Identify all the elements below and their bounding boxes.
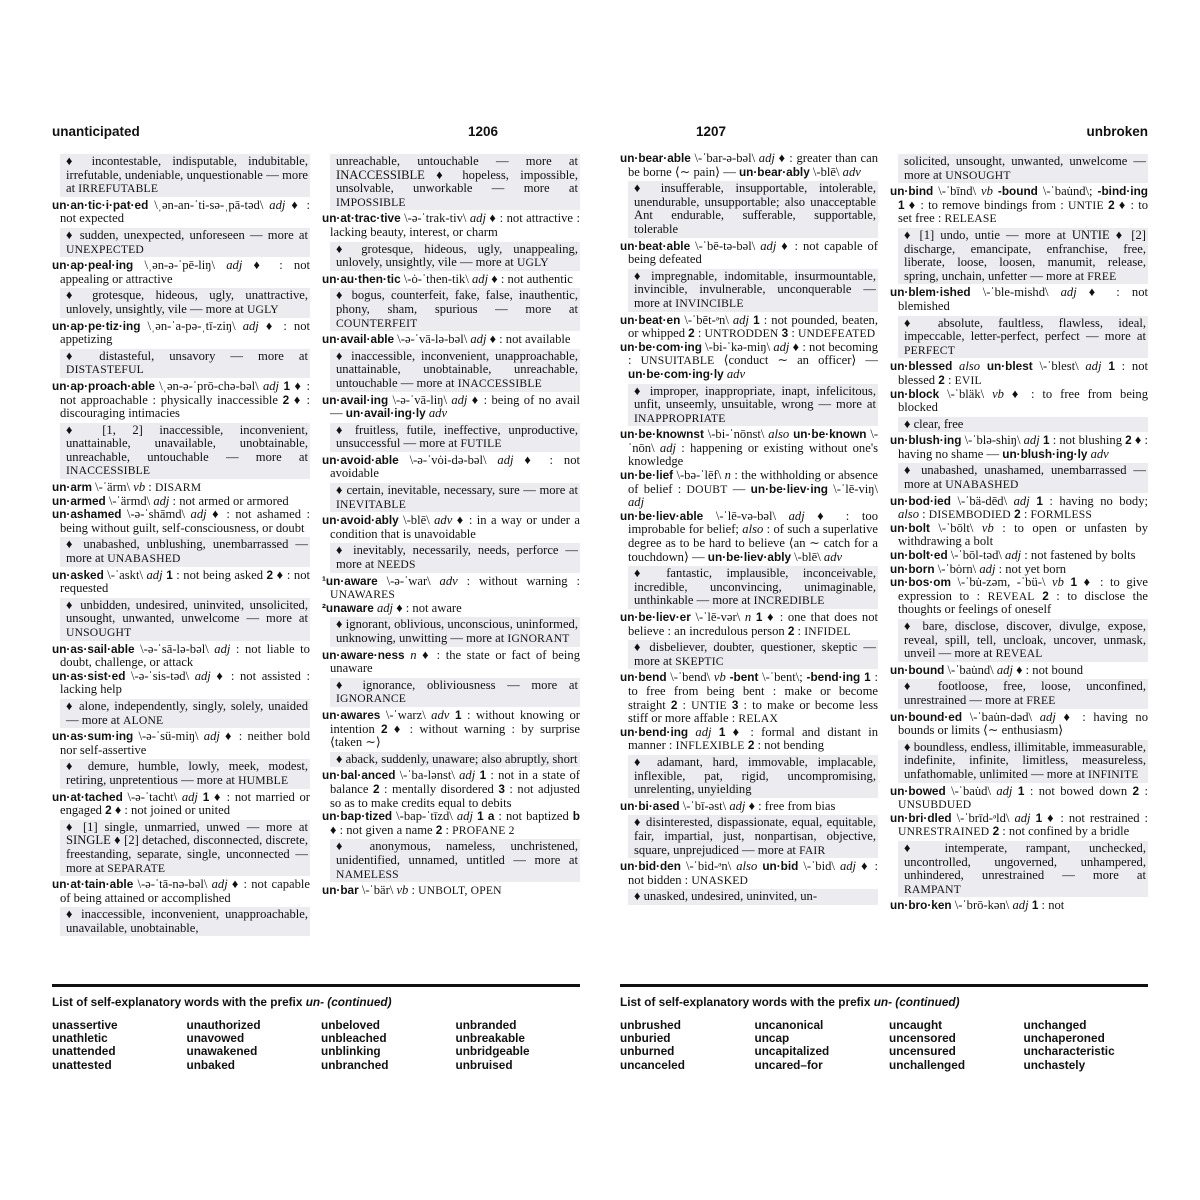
dictionary-entry: un·be·liev·er \-ˈlē-vər\ n 1 ♦ : one tha… (620, 611, 878, 638)
entry-text: \-ˈblə-shiŋ\ (961, 433, 1023, 447)
entry-text: adj (773, 340, 789, 354)
dictionary-entry: un·au·then·tic \-ȯ-ˈthen-tik\ adj ♦ : no… (322, 273, 580, 287)
entry-text: \-ˈbau̇nd\; (1038, 184, 1098, 198)
list-word: unattended (52, 1045, 187, 1058)
entry-text: : not (1038, 898, 1064, 912)
cross-reference: INFLEXIBLE (676, 739, 745, 752)
cross-reference: UNDEFEATED (798, 327, 875, 340)
cross-reference: SKEPTIC (675, 655, 723, 668)
entry-text: \-ə-ˈtrak-tiv\ (401, 211, 470, 225)
entry-text: \-ˈbōl-təd\ (948, 548, 1005, 562)
entry-text: \-ˈbau̇nd\ (944, 663, 996, 677)
entry-text: \-ə-ˈvā-liŋ\ (388, 393, 451, 407)
cross-reference: DISEMBODIED (929, 508, 1011, 521)
entry-text: : not armed or armored (169, 494, 288, 508)
dictionary-entry: un·bend \-ˈbend\ vb -bent \-ˈbent\; -ben… (620, 671, 878, 725)
synonym-block: ♦ inaccessible, inconvenient, unapproach… (330, 349, 580, 392)
entry-text: ♦ : to remove bindings from : (905, 198, 1068, 212)
entry-text: \-ə-ˈwar\ (378, 574, 440, 588)
column: ♦ incontestable, indisputable, indubitab… (52, 152, 310, 938)
entry-text: 1 (279, 379, 290, 393)
headword: un·avail·ing (322, 393, 388, 407)
synonym-block: ♦ insufferable, insupportable, intolerab… (628, 181, 878, 237)
entry-text: \-bi-ˈnōnst\ (704, 427, 768, 441)
headword: un·aware·ness (322, 648, 405, 662)
list-word: unattested (52, 1059, 187, 1072)
entry-text: adj (1040, 710, 1056, 724)
entry-text: adj (789, 509, 805, 523)
word-list-grid: unbrusheduncanonicaluncaughtunchangedunb… (620, 1019, 1148, 1072)
entry-text: 1 a (473, 809, 494, 823)
cross-reference: DISTASTEFUL (66, 363, 144, 376)
cross-reference: UNABASHED (107, 552, 180, 565)
synonym-block: ♦ [1, 2] inaccessible, inconvenient, una… (60, 423, 310, 479)
headword: un·beat·able (620, 239, 690, 253)
divider-rule (52, 984, 580, 987)
entry-text: b (573, 809, 580, 823)
word-list-grid: unassertiveunauthorizedunbelovedunbrande… (52, 1019, 580, 1072)
divider-rule (620, 984, 1148, 987)
headword: -bent (730, 670, 759, 684)
entry-text: : (442, 823, 452, 837)
dictionary-entry: un·avail·ing \-ə-ˈvā-liŋ\ adj ♦ : being … (322, 394, 580, 421)
headword: un·armed (52, 494, 106, 508)
headword: un·blush·ing·ly (1002, 447, 1087, 461)
headword: un·avail·able (322, 332, 394, 346)
entry-text: vb (992, 387, 1004, 401)
headword: un·blush·ing (890, 433, 961, 447)
entry-text: \-ə-ˈsü-miŋ\ (133, 729, 204, 743)
cross-reference: INACCESSIBLE (458, 377, 542, 390)
entry-text: \-ə-ˈtā-nə-bəl\ (133, 877, 211, 891)
entry-text: \-ˈbar-ə-bəl\ (691, 151, 759, 165)
page-number-right: 1207 (696, 124, 726, 139)
dictionary-entry: un·bap·tized \-bap-ˈtīzd\ adj 1 a : not … (322, 810, 580, 837)
entry-text: adj (1005, 548, 1021, 562)
headword: un·bind (890, 184, 933, 198)
cross-reference: IMPOSSIBLE (336, 196, 406, 209)
synonym-block: ♦ fruitless, futile, ineffective, unprod… (330, 423, 580, 452)
synonym-block: ♦ aback, suddenly, unaware; also abruptl… (330, 752, 580, 768)
synonym-block: solicited, unsought, unwanted, unwelcome… (898, 154, 1148, 183)
headword: -bend·ing (807, 670, 861, 684)
list-word: unawakened (187, 1045, 322, 1058)
list-word: unbridgeable (456, 1045, 591, 1058)
cross-reference: UNRESTRAINED (898, 825, 989, 838)
entry-text: 2 (989, 824, 999, 838)
headword: un·bap·tized (322, 809, 392, 823)
list-word: unbaked (187, 1059, 322, 1072)
entry-text: adv (440, 574, 458, 588)
headword: un·awares (322, 708, 380, 722)
cross-reference: UNSOUGHT (945, 169, 1010, 182)
cross-reference: UNABASHED (945, 478, 1018, 491)
cross-reference: UNTIE (1068, 199, 1104, 212)
word-list-title: List of self-explanatory words with the … (52, 995, 580, 1009)
cross-reference: UGLY (517, 256, 549, 269)
cross-reference: FUTILE (461, 437, 502, 450)
headword: un·be·liev·er (620, 610, 691, 624)
headword: un·be·knownst (620, 427, 704, 441)
entry-text: adj (497, 453, 513, 467)
headword: un·as·sum·ing (52, 729, 133, 743)
cross-reference: UNASKED (691, 874, 748, 887)
entry-columns-right: un·bear·able \-ˈbar-ə-bəl\ adj ♦ : great… (620, 152, 1148, 913)
entry-text: adj (1012, 898, 1028, 912)
entry-text: \-ˈblest\ (1033, 359, 1086, 373)
cross-reference: UNTRODDEN (705, 327, 779, 340)
entry-text: vb (133, 480, 145, 494)
entry-text: : not being asked (173, 568, 267, 582)
cross-reference: IRREFUTABLE (78, 182, 158, 195)
headword: un·be·liev·ing (751, 482, 828, 496)
synonym-block: ♦ sudden, unexpected, unforeseen — more … (60, 228, 310, 257)
entry-text: \-ˈbu̇-zəm, -ˈbü-\ (951, 575, 1052, 589)
headword: un·at·trac·tive (322, 211, 401, 225)
synonym-block: ♦ footloose, free, loose, unconfined, un… (898, 679, 1148, 708)
entry-text: adj (195, 669, 211, 683)
entry-text: vb (714, 670, 726, 684)
entry-text: : not bowed down (1025, 784, 1133, 798)
entry-text: \-bap-ˈtīzd\ (392, 809, 457, 823)
entry-text: \-ə-ˈsā-lə-bəl\ (135, 642, 215, 656)
dictionary-entry: un·bolt·ed \-ˈbōl-təd\ adj : not fastene… (890, 549, 1148, 563)
synonym-block: ♦ bogus, counterfeit, fake, false, inaut… (330, 288, 580, 331)
cross-reference: INFIDEL (804, 625, 850, 638)
list-word: uncensured (889, 1045, 1024, 1058)
synonym-block: ♦ disbeliever, doubter, questioner, skep… (628, 640, 878, 669)
synonym-block: ♦ adamant, hard, immovable, implacable, … (628, 755, 878, 798)
entry-text: 1 (475, 768, 486, 782)
headword: un·bear·able (620, 151, 691, 165)
cross-reference: INACCESSIBLE (66, 464, 150, 477)
entry-text: 2 (1035, 589, 1049, 603)
dictionary-entry: un·ap·pe·tiz·ing \ˌən-ˈa-pə-ˌtī-ziŋ\ adj… (52, 320, 310, 347)
entry-text: \-ˈbä-dēd\ (951, 494, 1014, 508)
entry-text: \-blē\ (810, 165, 843, 179)
entry-text: 1 (1031, 811, 1043, 825)
entry-text: adj (263, 379, 279, 393)
entry-text: also (898, 507, 919, 521)
dictionary-entry: un·be·lief \-bə-ˈlēf\ n : the withholdin… (620, 469, 878, 510)
entry-text: : mentally disordered (380, 782, 499, 796)
guide-word-left: unanticipated (52, 124, 140, 139)
cross-reference: INFINITE (1088, 768, 1139, 781)
entry-text: 1 (198, 790, 209, 804)
entry-text: adv (824, 550, 842, 564)
cross-reference: UNAWARES (330, 588, 395, 601)
entry-text: \-blē\ (791, 550, 824, 564)
entry-text: \-ˈbent\; (758, 670, 806, 684)
dictionary-entry: un·beat·en \-ˈbēt-ᵊn\ adj 1 : not pounde… (620, 314, 878, 341)
entry-text: 1 (860, 670, 870, 684)
headword: un·bear·ably (739, 165, 810, 179)
entry-text: adj (840, 859, 856, 873)
headword: un·asked (52, 568, 104, 582)
headword: un·avail·ing·ly (346, 406, 426, 420)
entry-text: 1 (711, 725, 725, 739)
entry-text: adj (451, 393, 467, 407)
headword: un·at·tached (52, 790, 123, 804)
column: unreachable, untouchable — more at INACC… (322, 152, 580, 938)
entry-text: — (727, 482, 750, 496)
dictionary-entry: un·beat·able \-ˈbē-tə-bəl\ adj ♦ : not c… (620, 240, 878, 267)
dictionary-entry: un·as·sail·able \-ə-ˈsā-lə-bəl\ adj : no… (52, 643, 310, 670)
cross-reference: UGLY (247, 303, 279, 316)
dictionary-entry: un·avail·able \-ə-ˈvā-lə-bəl\ adj ♦ : no… (322, 333, 580, 347)
synonym-block: ♦ [1] single, unmarried, unwed — more at… (60, 820, 310, 876)
list-word: unchallenged (889, 1059, 1024, 1072)
cross-reference: UNBOLT, OPEN (418, 884, 502, 897)
headword: un·bend (620, 670, 667, 684)
headword: un·au·then·tic (322, 272, 401, 286)
headword: un·bid (762, 859, 798, 873)
synonym-block: ♦ clear, free (898, 417, 1148, 433)
dictionary-entry: un·bar \-ˈbär\ vb : UNBOLT, OPEN (322, 884, 580, 898)
headword: un·blem·ished (890, 285, 971, 299)
entry-text: adv (429, 406, 447, 420)
entry-text: vb (1052, 575, 1064, 589)
entry-text: \ˌən-ˈa-pə-ˌtī-ziŋ\ (140, 319, 242, 333)
entry-text: adj (996, 784, 1012, 798)
dictionary-entry: un·bri·dled \-ˈbrīd-ᵊld\ adj 1 ♦ : not r… (890, 812, 1148, 839)
entry-text: adj (191, 507, 207, 521)
entry-text: : not blushing (1050, 433, 1126, 447)
headword: un·bowed (890, 784, 946, 798)
entry-text: ♦ : not available (486, 332, 570, 346)
dictionary-entry: ²unaware adj ♦ : not aware (322, 602, 580, 616)
word-list-title-text: List of self-explanatory words with the … (620, 995, 874, 1009)
synonym-block: ♦ inaccessible, inconvenient, unapproach… (60, 907, 310, 936)
dictionary-entry: un·bolt \-ˈbōlt\ vb : to open or unfaste… (890, 522, 1148, 549)
entry-text: adj (470, 332, 486, 346)
entry-text: \-ˈlē-viŋ\ (828, 482, 878, 496)
entry-text: vb (982, 521, 994, 535)
dictionary-entry: un·bi·ased \-ˈbī-əst\ adj ♦ : free from … (620, 800, 878, 814)
entry-text: \-ˈwarz\ (380, 708, 431, 722)
dictionary-entry: un·at·tached \-ə-ˈtacht\ adj 1 ♦ : not m… (52, 791, 310, 818)
column: un·bear·able \-ˈbar-ə-bəl\ adj ♦ : great… (620, 152, 878, 913)
entry-text: \ˌən-ə-ˈpē-liŋ\ (133, 258, 226, 272)
cross-reference: NAMELESS (336, 868, 399, 881)
cross-reference: RELAX (738, 712, 778, 725)
headword: un·ap·pe·tiz·ing (52, 319, 140, 333)
entry-text: \-ə-ˈtacht\ (123, 790, 182, 804)
entry-text: : (145, 480, 155, 494)
cross-reference: NEEDS (377, 558, 415, 571)
entry-text: ♦ : not bound (1013, 663, 1083, 677)
entry-text: adj (759, 151, 775, 165)
list-word: unbruised (456, 1059, 591, 1072)
entry-text: adj (979, 562, 995, 576)
entry-text: 2 (745, 738, 755, 752)
dictionary-entry: un·blush·ing \-ˈblə-shiŋ\ adj 1 : not bl… (890, 434, 1148, 461)
entry-text: \-ˈbär\ (359, 883, 397, 897)
entry-text: : (1021, 507, 1031, 521)
entry-text: \-ˈble-mishd\ (971, 285, 1061, 299)
entry-text: adv (843, 165, 861, 179)
synonym-block: ♦ ignorant, oblivious, unconscious, unin… (330, 617, 580, 646)
cross-reference: INAPPROPRIATE (634, 412, 726, 425)
right-page: 1207 unbroken un·bear·able \-ˈbar-ə-bəl\… (600, 0, 1200, 1200)
synonym-block: unreachable, untouchable — more at INACC… (330, 154, 580, 210)
headword: un·be·liev·able (620, 509, 703, 523)
cross-reference: DOUBT (687, 483, 728, 496)
dictionary-entry: un·bal·anced \-ˈba-lənst\ adj 1 : not in… (322, 769, 580, 810)
cross-reference: RAMPANT (904, 883, 961, 896)
cross-reference: PROFANE 2 (452, 824, 514, 837)
dictionary-entry: un·be·com·ing \-bi-ˈkə-miŋ\ adj ♦ : not … (620, 341, 878, 382)
headword: un·at·tain·able (52, 877, 133, 891)
entry-text: adj (628, 495, 644, 509)
entry-text: : without warning : (458, 574, 580, 588)
dictionary-entry: un·ashamed \-ə-ˈshāmd\ adj ♦ : not asham… (52, 508, 310, 535)
dictionary-entry: un·ap·peal·ing \ˌən-ə-ˈpē-liŋ\ adj ♦ : n… (52, 259, 310, 286)
cross-reference: HUMBLE (238, 774, 288, 787)
headword: un·bi·ased (620, 799, 680, 813)
cross-reference: ALONE (123, 714, 163, 727)
entry-text: adj (146, 568, 162, 582)
entry-text: adv (1091, 447, 1109, 461)
dictionary-entry: un·be·knownst \-bi-ˈnōnst\ also un·be·kn… (620, 428, 878, 469)
entry-text (980, 359, 987, 373)
cross-reference: INCREDIBLE (754, 594, 825, 607)
entry-text: adj (1061, 285, 1077, 299)
synonym-block: ♦ [1] undo, untie — more at UNTIE ♦ [2] … (898, 228, 1148, 284)
entry-text: \-ˈbīnd\ (933, 184, 981, 198)
entry-text: adj (153, 494, 169, 508)
headword: un·bid·den (620, 859, 681, 873)
entry-text: : (788, 326, 798, 340)
entry-text: \-ˈbau̇n-dəd\ (962, 710, 1040, 724)
entry-text: ♦ : not authentic (488, 272, 573, 286)
word-list-title-italic: un- (continued) (306, 995, 392, 1009)
headword: un·an·tic·i·pat·ed (52, 198, 148, 212)
entry-text: ♦ : not joined or united (112, 803, 230, 817)
entry-text: \-ˈba-lənst\ (395, 768, 459, 782)
entry-text: \-ˈlē-və-bəl\ (703, 509, 788, 523)
word-list-section: List of self-explanatory words with the … (52, 984, 580, 1072)
entry-text: adj (1024, 433, 1040, 447)
entry-text: \-ə-ˈvȯi-də-bəl\ (399, 453, 498, 467)
headword: un·be·liev·ably (708, 550, 791, 564)
synonym-block: ♦ absolute, faultless, flawless, ideal, … (898, 316, 1148, 359)
entry-text: 1 (1064, 575, 1077, 589)
entry-text: ♦ : not restrained : (1042, 811, 1148, 825)
entry-text: ♦ : not given a name (330, 823, 436, 837)
entry-text: adj (472, 272, 488, 286)
entry-text: : (677, 698, 691, 712)
dictionary-entry: un·as·sum·ing \-ə-ˈsü-miŋ\ adj ♦ : neith… (52, 730, 310, 757)
dictionary-entry: un·arm \-ˈärm\ vb : DISARM (52, 481, 310, 495)
entry-text: 1 (449, 708, 461, 722)
dictionary-entry: un·bound·ed \-ˈbau̇n-dəd\ adj ♦ : having… (890, 711, 1148, 738)
cross-reference: FAIR (799, 844, 825, 857)
headword: un·bound (890, 663, 944, 677)
dictionary-entry: un·be·liev·able \-ˈlē-və-bəl\ adj ♦ : to… (620, 510, 878, 564)
synonym-block: ♦ fantastic, implausible, inconceivable,… (628, 566, 878, 609)
headword: un·ap·proach·able (52, 379, 155, 393)
entry-text: adj (470, 211, 486, 225)
entry-text: \-bi-ˈkə-miŋ\ (702, 340, 773, 354)
entry-text: \ˌən-ə-ˈprō-chə-bəl\ (155, 379, 263, 393)
column: solicited, unsought, unwanted, unwelcome… (890, 152, 1148, 913)
word-list-title-text: List of self-explanatory words with the … (52, 995, 306, 1009)
headword: -bound (998, 184, 1038, 198)
cross-reference: UNSUITABLE (641, 354, 715, 367)
dictionary-entry: un·born \-ˈbȯrn\ adj : not yet born (890, 563, 1148, 577)
entry-text: \-bə-ˈlēf\ (673, 468, 725, 482)
entry-text: adv (431, 708, 449, 722)
cross-reference: IGNORANCE (336, 692, 406, 705)
headword: un·avoid·able (322, 453, 399, 467)
headword: un·bod·ied (890, 494, 951, 508)
headword: un·blest (987, 359, 1033, 373)
synonym-block: ♦ alone, independently, singly, solely, … (60, 699, 310, 728)
synonym-block: ♦ disinterested, dispassionate, equal, e… (628, 815, 878, 858)
entry-text: adj (269, 198, 285, 212)
entry-text: \-ˈbēt-ᵊn\ (680, 313, 733, 327)
entry-text: adj (729, 799, 745, 813)
word-list-section: List of self-explanatory words with the … (620, 984, 1148, 1072)
entry-text: : (1139, 784, 1148, 798)
cross-reference: UNTIE (691, 699, 727, 712)
entry-text: also (736, 859, 757, 873)
cross-reference: UNEXPECTED (66, 243, 144, 256)
synonym-block: ♦ ignorance, obliviousness — more at IGN… (330, 678, 580, 707)
synonym-block: ♦ unbidden, undesired, uninvited, unsoli… (60, 598, 310, 641)
headword: un·be·com·ing (620, 340, 702, 354)
headword: un·ap·peal·ing (52, 258, 133, 272)
entry-text: \-ˈaskt\ (104, 568, 147, 582)
list-word: unburned (620, 1045, 755, 1058)
headword: un·bri·dled (890, 811, 952, 825)
entry-text: \-blē\ (399, 513, 434, 527)
headword: un·bend·ing (620, 725, 688, 739)
entry-text: 1 (1030, 494, 1043, 508)
entry-text: \-ˈbōlt\ (930, 521, 982, 535)
list-word: unchastely (1024, 1059, 1159, 1072)
entry-text: \-ə-ˈshāmd\ (122, 507, 191, 521)
cross-reference: REVEAL (988, 590, 1035, 603)
synonym-block: ♦ demure, humble, lowly, meek, modest, r… (60, 759, 310, 788)
synonym-block: ♦ bare, disclose, discover, divulge, exp… (898, 619, 1148, 662)
dictionary-entry: un·avoid·able \-ə-ˈvȯi-də-bəl\ adj ♦ : n… (322, 454, 580, 481)
entry-text: : not confined by a bridle (999, 824, 1129, 838)
list-word: uncared–for (755, 1059, 890, 1072)
entry-text: adj (457, 809, 473, 823)
headword: un·be·com·ing·ly (628, 367, 724, 381)
cross-reference: UNSUBDUED (898, 798, 971, 811)
synonym-block: ♦ unasked, undesired, uninvited, un- (628, 889, 878, 905)
cross-reference: PERFECT (904, 344, 955, 357)
entry-text: adj (760, 239, 776, 253)
entry-text: adj (182, 790, 198, 804)
entry-text: \-ˈbau̇d\ (946, 784, 997, 798)
entry-text: adj (1014, 494, 1030, 508)
entry-text: adj (226, 258, 242, 272)
headword: un·bar (322, 883, 359, 897)
synonym-block: ♦ grotesque, hideous, ugly, unappealing,… (330, 242, 580, 271)
dictionary-entry: un·bowed \-ˈbau̇d\ adj 1 : not bowed dow… (890, 785, 1148, 812)
entry-text: 1 (1012, 784, 1024, 798)
entry-text: : (945, 373, 955, 387)
synonym-block: ♦ anonymous, nameless, unchristened, uni… (330, 839, 580, 882)
cross-reference: FORMLESS (1031, 508, 1093, 521)
entry-text: \-ˈbid-ᵊn\ (681, 859, 736, 873)
headword: un·bal·anced (322, 768, 395, 782)
cross-reference: INVINCIBLE (675, 297, 743, 310)
